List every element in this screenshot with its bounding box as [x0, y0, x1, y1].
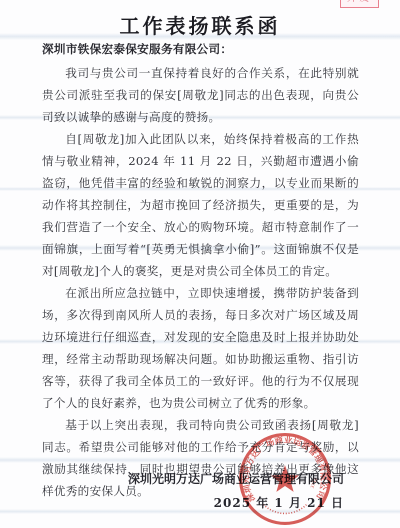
letter-body: 深圳市铁保宏泰保安服务有限公司： 我司与贵公司一直保持着良好的合作关系，在此特别… [42, 40, 359, 502]
letter-title: 工作表扬联系函 [0, 10, 400, 39]
signature-date: 2025 年 1 月 21 日 [128, 492, 344, 516]
paragraph-1: 我司与贵公司一直保持着良好的合作关系，在此特别就贵公司派驻至我司的保安[周敬龙]… [42, 62, 359, 128]
signature-company: 深圳光明万达广场商业运营管理有限公司 [128, 468, 344, 492]
scanned-letter-page: 外发 工作表扬联系函 深圳市铁保宏泰保安服务有限公司： 我司与贵公司一直保持着良… [0, 0, 400, 528]
paragraph-2: 自[周敬龙]加入此团队以来，始终保持着极高的工作热情与敬业精神，2024 年 1… [42, 128, 359, 282]
corner-classification-tag: 外发 [340, 0, 379, 8]
signature-block: 深圳光明万达广场商业运营管理有限公司 2025 年 1 月 21 日 [128, 468, 344, 515]
recipient-line: 深圳市铁保宏泰保安服务有限公司： [42, 40, 359, 58]
paragraph-3: 在派出所应急拉链中，立即快速增援，携带防护装备到场，多次得到南风所人员的表扬，每… [42, 282, 359, 414]
